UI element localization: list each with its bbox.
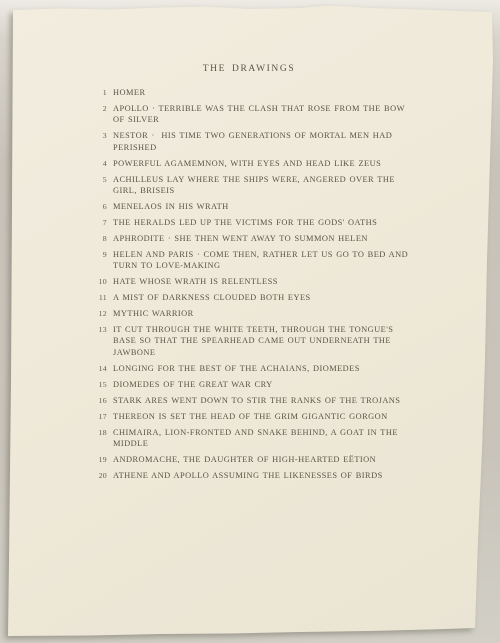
- item-number: 14: [88, 363, 107, 374]
- item-text: NESTOR · HIS TIME TWO GENERATIONS OF MOR…: [113, 130, 392, 153]
- item-text: HOMER: [113, 87, 146, 98]
- drawings-list: 1 HOMER 2 APOLLO · TERRIBLE WAS THE CLAS…: [88, 87, 448, 486]
- item-text: MENELAOS IN HIS WRATH: [113, 201, 229, 212]
- item-number: 17: [88, 411, 107, 422]
- list-item: 3 NESTOR · HIS TIME TWO GENERATIONS OF M…: [88, 130, 448, 153]
- item-number: 8: [88, 233, 107, 244]
- item-text: IT CUT THROUGH THE WHITE TEETH, THROUGH …: [113, 324, 393, 358]
- item-number: 15: [88, 379, 107, 390]
- list-item: 10 HATE WHOSE WRATH IS RELENTLESS: [88, 276, 448, 287]
- item-number: 11: [88, 292, 107, 303]
- list-item: 18 CHIMAIRA, LION-FRONTED AND SNAKE BEHI…: [88, 427, 448, 450]
- list-item: 6 MENELAOS IN HIS WRATH: [88, 201, 448, 212]
- item-text: DIOMEDES OF THE GREAT WAR CRY: [113, 379, 273, 390]
- list-item: 8 APHRODITE · SHE THEN WENT AWAY TO SUMM…: [88, 233, 448, 244]
- item-text: POWERFUL AGAMEMNON, WITH EYES AND HEAD L…: [113, 158, 381, 169]
- list-item: 12 MYTHIC WARRIOR: [88, 308, 448, 319]
- item-text: ANDROMACHE, THE DAUGHTER OF HIGH-HEARTED…: [113, 454, 376, 465]
- item-text: CHIMAIRA, LION-FRONTED AND SNAKE BEHIND,…: [113, 427, 398, 450]
- item-text: APHRODITE · SHE THEN WENT AWAY TO SUMMON…: [113, 233, 368, 244]
- list-item: 16 STARK ARES WENT DOWN TO STIR THE RANK…: [88, 395, 448, 406]
- list-item: 11 A MIST OF DARKNESS CLOUDED BOTH EYES: [88, 292, 448, 303]
- page-title: THE DRAWINGS: [6, 63, 492, 75]
- item-number: 4: [88, 158, 107, 169]
- item-number: 20: [88, 470, 107, 481]
- item-number: 1: [88, 87, 107, 98]
- item-number: 6: [88, 201, 107, 212]
- photo-backdrop: THE DRAWINGS 1 HOMER 2 APOLLO · TERRIBLE…: [0, 0, 500, 643]
- item-text: THE HERALDS LED UP THE VICTIMS FOR THE G…: [113, 217, 377, 228]
- list-item: 5 ACHILLEUS LAY WHERE THE SHIPS WERE, AN…: [88, 174, 448, 197]
- item-number: 2: [88, 103, 107, 114]
- book-page: THE DRAWINGS 1 HOMER 2 APOLLO · TERRIBLE…: [0, 0, 500, 643]
- list-item: 20 ATHENE AND APOLLO ASSUMING THE LIKENE…: [88, 470, 448, 481]
- item-text: LONGING FOR THE BEST OF THE ACHAIANS, DI…: [113, 363, 360, 374]
- item-text: STARK ARES WENT DOWN TO STIR THE RANKS O…: [113, 395, 400, 406]
- item-text: HATE WHOSE WRATH IS RELENTLESS: [113, 276, 278, 287]
- item-number: 13: [88, 324, 107, 335]
- item-number: 7: [88, 217, 107, 228]
- item-number: 5: [88, 174, 107, 185]
- item-number: 16: [88, 395, 107, 406]
- list-item: 7 THE HERALDS LED UP THE VICTIMS FOR THE…: [88, 217, 448, 228]
- item-number: 10: [88, 276, 107, 287]
- item-text: A MIST OF DARKNESS CLOUDED BOTH EYES: [113, 292, 311, 303]
- item-text: ACHILLEUS LAY WHERE THE SHIPS WERE, ANGE…: [113, 174, 395, 197]
- item-text: ATHENE AND APOLLO ASSUMING THE LIKENESSE…: [113, 470, 383, 481]
- item-number: 3: [88, 130, 107, 141]
- list-item: 17 THEREON IS SET THE HEAD OF THE GRIM G…: [88, 411, 448, 422]
- list-item: 13 IT CUT THROUGH THE WHITE TEETH, THROU…: [88, 324, 448, 358]
- list-item: 14 LONGING FOR THE BEST OF THE ACHAIANS,…: [88, 363, 448, 374]
- list-item: 4 POWERFUL AGAMEMNON, WITH EYES AND HEAD…: [88, 158, 448, 169]
- item-number: 12: [88, 308, 107, 319]
- list-item: 1 HOMER: [88, 87, 448, 98]
- item-text: HELEN AND PARIS · COME THEN, RATHER LET …: [113, 249, 408, 272]
- item-text: MYTHIC WARRIOR: [113, 308, 194, 319]
- item-number: 19: [88, 454, 107, 465]
- item-number: 18: [88, 427, 107, 438]
- item-number: 9: [88, 249, 107, 260]
- item-text: APOLLO · TERRIBLE WAS THE CLASH THAT ROS…: [113, 103, 405, 126]
- list-item: 9 HELEN AND PARIS · COME THEN, RATHER LE…: [88, 249, 448, 272]
- list-item: 2 APOLLO · TERRIBLE WAS THE CLASH THAT R…: [88, 103, 448, 126]
- item-text: THEREON IS SET THE HEAD OF THE GRIM GIGA…: [113, 411, 388, 422]
- list-item: 19 ANDROMACHE, THE DAUGHTER OF HIGH-HEAR…: [88, 454, 448, 465]
- list-item: 15 DIOMEDES OF THE GREAT WAR CRY: [88, 379, 448, 390]
